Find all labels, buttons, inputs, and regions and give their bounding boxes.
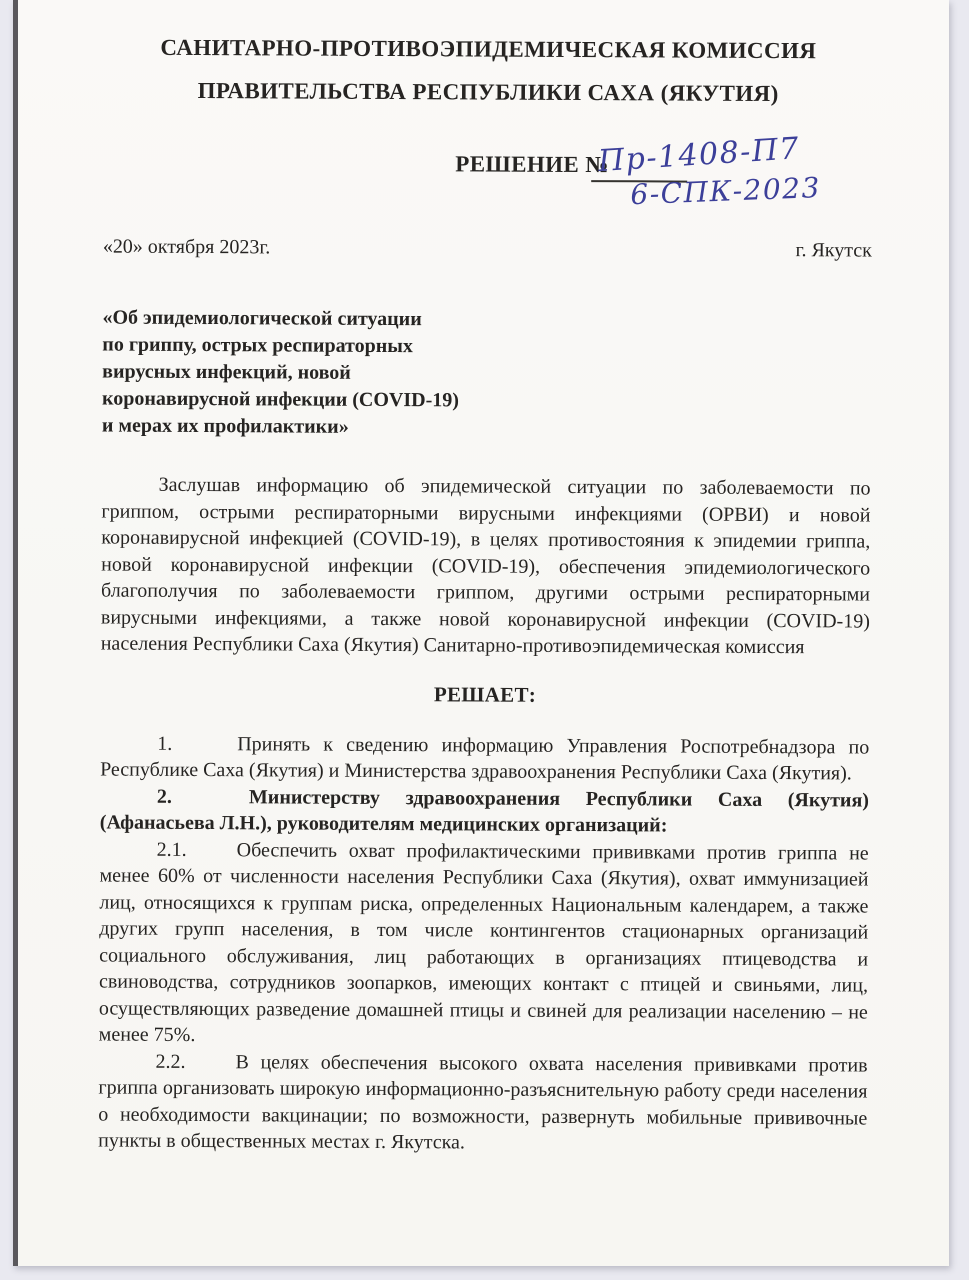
resolution-item-2-2: 2.2.В целях обеспечения высокого охвата …	[98, 1048, 868, 1158]
resolves-heading: РЕШАЕТ:	[100, 679, 869, 710]
item-text: Обеспечить охват профилактическими приви…	[99, 839, 869, 1046]
decision-label: РЕШЕНИЕ №	[455, 151, 609, 178]
subject-line: вирусных инфекций, новой	[102, 359, 871, 390]
handwritten-number-line-2: 6-СПК-2023	[630, 171, 822, 211]
subject-line: коронавирусной инфекции (COVID-19)	[102, 386, 871, 417]
document-page: САНИТАРНО-ПРОТИВОЭПИДЕМИЧЕСКАЯ КОМИССИЯ …	[13, 0, 949, 1266]
subject-block: «Об эпидемиологической ситуации по грипп…	[102, 305, 872, 444]
resolution-item-2: 2.Министерству здравоохранения Республик…	[100, 783, 869, 840]
header-line-1: САНИТАРНО-ПРОТИВОЭПИДЕМИЧЕСКАЯ КОМИССИЯ	[104, 26, 873, 73]
decision-number-block: РЕШЕНИЕ № Пр-1408-П7 6-СПК-2023	[103, 150, 872, 234]
resolution-item-1: 1.Принять к сведению информацию Управлен…	[100, 730, 869, 787]
document-date: «20» октября 2023г.	[103, 234, 271, 262]
subject-line: «Об эпидемиологической ситуации	[102, 305, 871, 336]
document-content: САНИТАРНО-ПРОТИВОЭПИДЕМИЧЕСКАЯ КОМИССИЯ …	[98, 26, 873, 1159]
document-city: г. Якутск	[795, 237, 871, 264]
subject-line: и мерах их профилактики»	[102, 413, 871, 444]
subject-line: по гриппу, острых респираторных	[102, 332, 871, 363]
resolution-items: 1.Принять к сведению информацию Управлен…	[98, 730, 869, 1158]
item-number: 1.	[157, 730, 237, 757]
item-number: 2.2.	[156, 1048, 236, 1075]
item-number: 2.	[157, 783, 249, 810]
item-number: 2.1.	[157, 836, 237, 863]
resolution-item-2-1: 2.1.Обеспечить охват профилактическими п…	[99, 836, 869, 1052]
document-header: САНИТАРНО-ПРОТИВОЭПИДЕМИЧЕСКАЯ КОМИССИЯ …	[104, 26, 873, 116]
header-line-2: ПРАВИТЕЛЬСТВА РЕСПУБЛИКИ САХА (ЯКУТИЯ)	[104, 69, 873, 116]
preamble-paragraph: Заслушав информацию об эпидемической сит…	[101, 472, 871, 662]
date-city-row: «20» октября 2023г. г. Якутск	[103, 234, 872, 265]
